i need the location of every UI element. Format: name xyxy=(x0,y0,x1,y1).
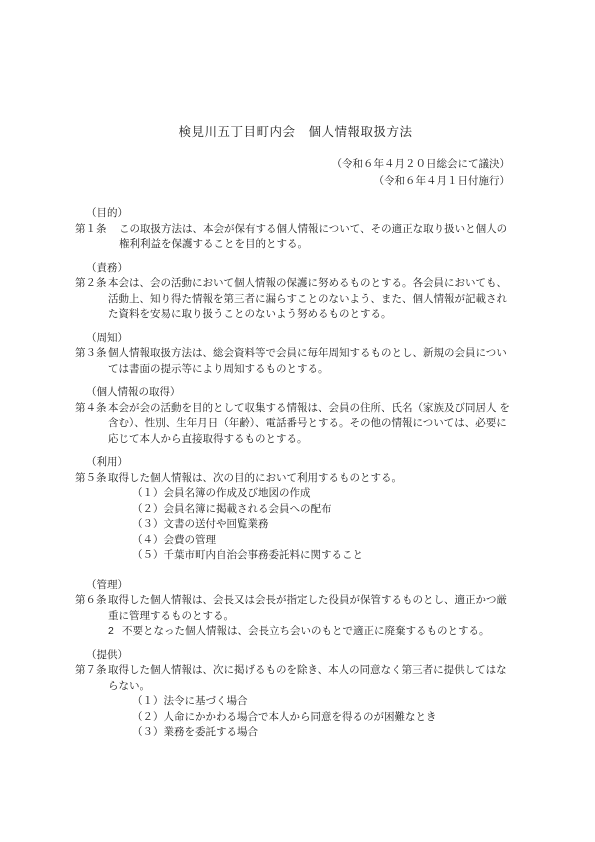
article-6: 第６条 取得した個人情報は、会長又は会長が指定した役員が保管するものとし、適正か… xyxy=(75,593,516,624)
section-use: （利用） 第５条 取得した個人情報は、次の目的において利用するものとする。 （１… xyxy=(75,455,516,564)
section-heading: （利用） xyxy=(75,455,516,471)
article-label: 第２条 xyxy=(75,276,108,323)
clause-number: 2 xyxy=(108,624,122,640)
article-6-clause-2: 2 不要となった個人情報は、会長立ち会いのもとで適正に廃棄するものとする。 xyxy=(75,624,516,640)
section-provision: （提供） 第７条 取得した個人情報は、次に掲げるものを除き、本人の同意なく第三者… xyxy=(75,648,516,741)
page-title: 検見川五丁目町内会 個人情報取扱方法 xyxy=(75,122,516,142)
article-7-items: （１）法令に基づく場合 （２）人命にかかわる場合で本人から同意を得るのが困難なと… xyxy=(75,694,516,741)
article-label: 第５条 xyxy=(75,471,108,487)
section-acquisition: （個人情報の取得） 第４条 本会が会の活動を目的として収集する情報は、会員の住所… xyxy=(75,385,516,447)
resolution-date-line: （令和６年４月２０日総会にて議決） xyxy=(75,156,510,173)
date-block: （令和６年４月２０日総会にて議決） （令和６年４月１日付施行） xyxy=(75,156,510,190)
clause-text: 不要となった個人情報は、会長立ち会いのもとで適正に廃棄するものとする。 xyxy=(122,624,516,640)
item-list: （１）法令に基づく場合 （２）人命にかかわる場合で本人から同意を得るのが困難なと… xyxy=(108,694,516,741)
article-text: 取得した個人情報は、次の目的において利用するものとする。 xyxy=(108,471,516,487)
article-label: 第３条 xyxy=(75,346,108,377)
article-text: 取得した個人情報は、会長又は会長が指定した役員が保管するものとし、適正かつ厳重に… xyxy=(108,593,516,624)
article-1: 第１条 この取扱方法は、本会が保有する個人情報について、その適正な取り扱いと個人… xyxy=(75,222,516,253)
list-item: （１）法令に基づく場合 xyxy=(108,694,516,710)
section-purpose: （目的） 第１条 この取扱方法は、本会が保有する個人情報について、その適正な取り… xyxy=(75,206,516,253)
list-item: （３）文書の送付や回覧業務 xyxy=(108,517,516,533)
section-heading: （責務） xyxy=(75,261,516,277)
article-2: 第２条 本会は、会の活動において個人情報の保護に努めるものとする。各会員において… xyxy=(75,276,516,323)
article-7: 第７条 取得した個人情報は、次に掲げるものを除き、本人の同意なく第三者に提供して… xyxy=(75,663,516,694)
article-text: 本会は、会の活動において個人情報の保護に努めるものとする。各会員においても、活動… xyxy=(108,276,516,323)
section-heading: （管理） xyxy=(75,578,516,594)
clause-row: 2 不要となった個人情報は、会長立ち会いのもとで適正に廃棄するものとする。 xyxy=(108,624,516,640)
section-management: （管理） 第６条 取得した個人情報は、会長又は会長が指定した役員が保管するものと… xyxy=(75,578,516,640)
list-item: （５）千葉市町内自治会事務委託料に関すること xyxy=(108,548,516,564)
section-heading: （提供） xyxy=(75,648,516,664)
indent-spacer xyxy=(75,624,108,640)
article-label: 第１条 xyxy=(75,222,108,253)
article-5-items: （１）会員名簿の作成及び地図の作成 （２）会員名簿に掲載される会員への配布 （３… xyxy=(75,486,516,564)
article-text: 取得した個人情報は、次に掲げるものを除き、本人の同意なく第三者に提供してはならな… xyxy=(108,663,516,694)
article-5: 第５条 取得した個人情報は、次の目的において利用するものとする。 xyxy=(75,471,516,487)
document-page: 検見川五丁目町内会 個人情報取扱方法 （令和６年４月２０日総会にて議決） （令和… xyxy=(0,0,595,842)
article-text: 本会が会の活動を目的として収集する情報は、会員の住所、氏名（家族及び同居人 を含… xyxy=(108,401,516,448)
list-item: （４）会費の管理 xyxy=(108,533,516,549)
article-label: 第６条 xyxy=(75,593,108,624)
section-duty: （責務） 第２条 本会は、会の活動において個人情報の保護に努めるものとする。各会… xyxy=(75,261,516,323)
article-text: この取扱方法は、本会が保有する個人情報について、その適正な取り扱いと個人の権利利… xyxy=(108,222,516,253)
article-text: 個人情報取扱方法は、総会資料等で会員に毎年周知するものとし、新規の会員については… xyxy=(108,346,516,377)
list-item: （２）会員名簿に掲載される会員への配布 xyxy=(108,502,516,518)
section-heading: （目的） xyxy=(75,206,516,222)
item-list: （１）会員名簿の作成及び地図の作成 （２）会員名簿に掲載される会員への配布 （３… xyxy=(108,486,516,564)
section-heading: （周知） xyxy=(75,331,516,347)
article-label: 第７条 xyxy=(75,663,108,694)
indent-spacer xyxy=(75,694,108,741)
indent-spacer xyxy=(75,486,108,564)
article-label: 第４条 xyxy=(75,401,108,448)
article-3: 第３条 個人情報取扱方法は、総会資料等で会員に毎年周知するものとし、新規の会員に… xyxy=(75,346,516,377)
list-item: （２）人命にかかわる場合で本人から同意を得るのが困難なとき xyxy=(108,710,516,726)
section-notification: （周知） 第３条 個人情報取扱方法は、総会資料等で会員に毎年周知するものとし、新… xyxy=(75,331,516,378)
list-item: （１）会員名簿の作成及び地図の作成 xyxy=(108,486,516,502)
list-item: （３）業務を委託する場合 xyxy=(108,725,516,741)
section-heading: （個人情報の取得） xyxy=(75,385,516,401)
effective-date-line: （令和６年４月１日付施行） xyxy=(75,173,510,190)
article-4: 第４条 本会が会の活動を目的として収集する情報は、会員の住所、氏名（家族及び同居… xyxy=(75,401,516,448)
